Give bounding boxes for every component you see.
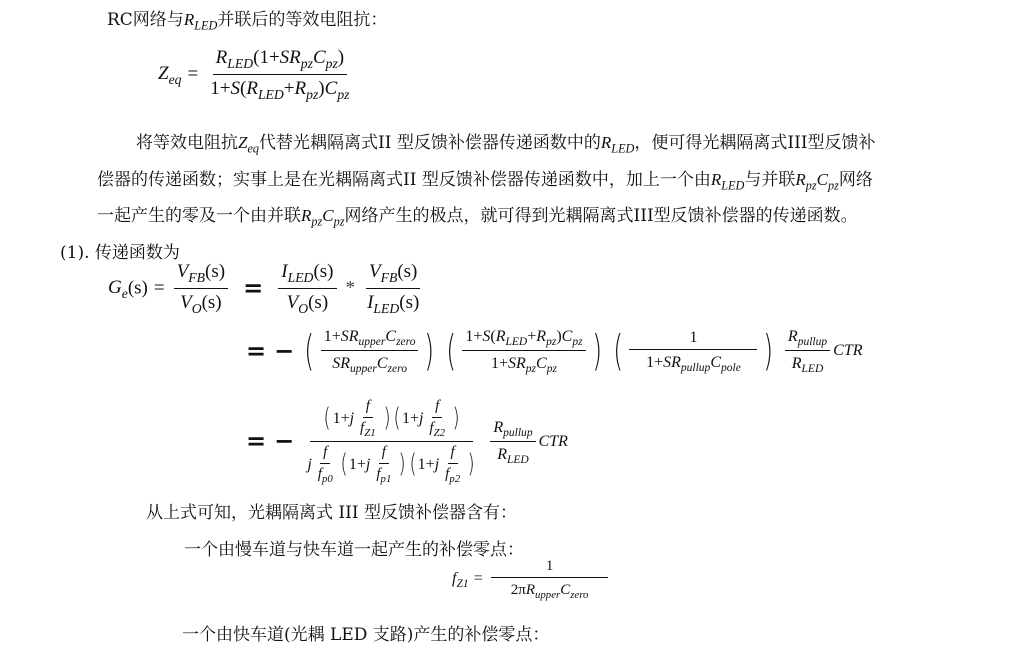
r-led-symbol: RLED bbox=[184, 10, 218, 29]
paragraph-line-2: 偿器的传递函数；实事上是在光耦隔离式II 型反馈补偿器传递函数中，加上一个由RL… bbox=[97, 165, 873, 193]
zeq-equation: Zeq = RLED(1+SRpzCpz) 1+S(RLED+Rpz)Cpz bbox=[158, 46, 355, 103]
transfer-function-expanded-1: =− (1+SRupperCzeroSRupperCzero) (1+S(RLE… bbox=[240, 326, 862, 375]
conclusion-line: 从上式可知，光耦隔离式 III 型反馈补偿器含有： bbox=[146, 498, 517, 523]
transfer-function-expanded-2: =− (1+jffZ1)(1+jffZ2) jffp0(1+jffp1)(1+j… bbox=[240, 398, 568, 485]
zeq-fraction: RLED(1+SRpzCpz) 1+S(RLED+Rpz)Cpz bbox=[207, 46, 352, 103]
ge-equation: Ge(s) = VFB(s)VO(s) = ILED(s)VO(s) * VFB… bbox=[108, 260, 425, 317]
intro-line: RC网络与RLED并联后的等效电阻抗： bbox=[107, 5, 387, 33]
zeq-lhs: Zeq bbox=[158, 63, 181, 84]
intro-text: RC网络与 bbox=[107, 10, 184, 30]
fz1-equation: fZ1 = 12πRupperCzero bbox=[452, 556, 611, 601]
zero2-description: 一个由快车道(光耦 LED 支路)产生的补偿零点： bbox=[182, 620, 549, 645]
paragraph-line-1: 将等效电阻抗Zeq代替光耦隔离式II 型反馈补偿器传递函数中的RLED，便可得光… bbox=[136, 128, 876, 156]
paragraph-line-3: 一起产生的零及一个由并联RpzCpz网络产生的极点，就可得到光耦隔离式III型反… bbox=[97, 201, 858, 229]
equals: = bbox=[188, 63, 199, 84]
intro-text-2: 并联后的等效电阻抗： bbox=[217, 10, 387, 30]
